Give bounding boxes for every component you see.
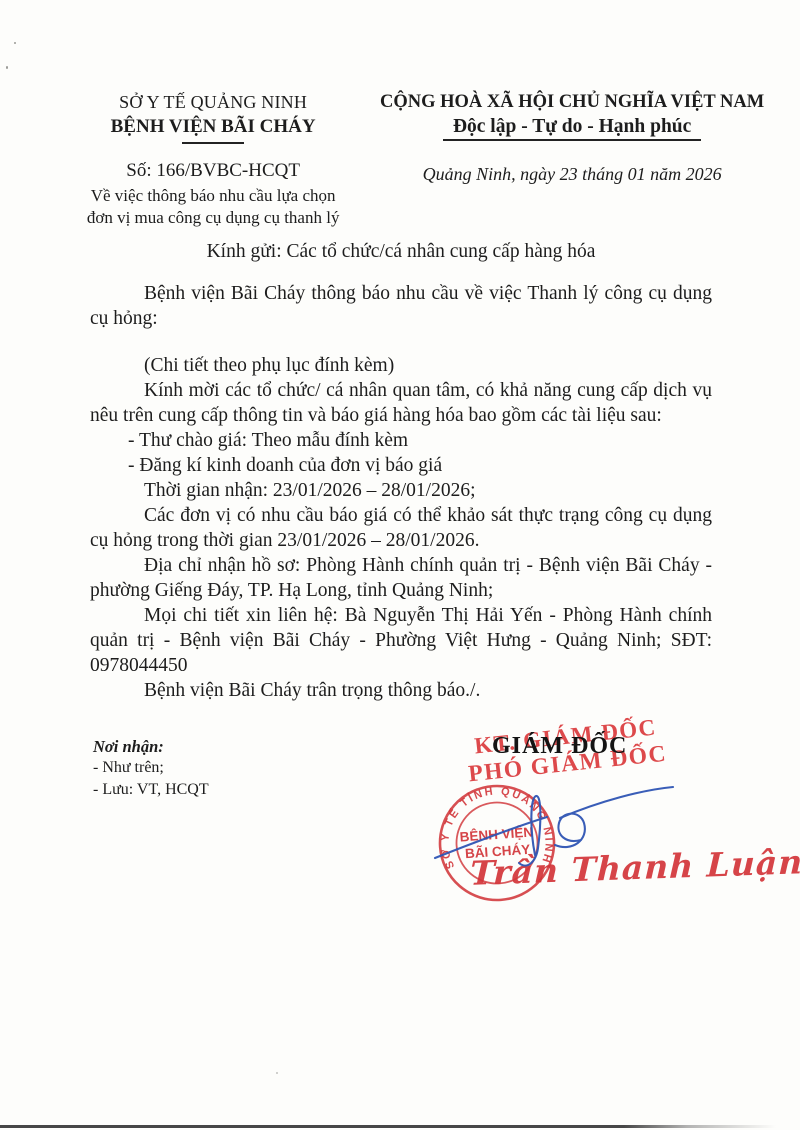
signature-loop-stroke [519,796,540,866]
subject-block: Về việc thông báo nhu cầu lựa chọn đơn v… [48,185,378,229]
paragraph: (Chi tiết theo phụ lục đính kèm) [90,353,712,378]
scan-speck [6,66,8,69]
signature-block: KT. GIÁM ĐỐC PHÓ GIÁM ĐỐC GIÁM ĐỐC SỞ Y … [370,710,720,930]
scanned-letter-page: SỞ Y TẾ QUẢNG NINH BỆNH VIỆN BÃI CHÁY CỘ… [0,0,800,1130]
handwritten-signature [400,770,710,890]
paragraph: Các đơn vị có nhu cầu báo giá có thể khả… [90,503,712,553]
recipients-block: Nơi nhận: - Như trên; - Lưu: VT, HCQT [93,737,209,800]
recipient-item: - Như trên; [93,757,209,779]
reference-left: Số: 166/BVBC-HCQT Về việc thông báo nhu … [48,160,378,229]
subject-line2: đơn vị mua công cụ dụng cụ thanh lý [48,207,378,229]
national-header-block: CỘNG HOÀ XÃ HỘI CHỦ NGHĨA VIỆT NAM Độc l… [378,92,766,144]
issuer-underline [182,142,244,144]
signature-cross-stroke [435,817,547,858]
letter-body: Kính gửi: Các tổ chức/cá nhân cung cấp h… [90,241,712,703]
paragraph: Thời gian nhận: 23/01/2026 – 28/01/2026; [90,478,712,503]
national-motto-line2: Độc lập - Tự do - Hạnh phúc [443,116,701,141]
recipients-title: Nơi nhận: [93,737,209,757]
salutation: Kính gửi: Các tổ chức/cá nhân cung cấp h… [90,241,712,263]
paragraph-list-item: - Thư chào giá: Theo mẫu đính kèm [128,428,712,453]
scan-edge-line [0,1125,800,1128]
paragraph: Bệnh viện Bãi Cháy thông báo nhu cầu về … [90,281,712,331]
document-number: Số: 166/BVBC-HCQT [48,160,378,182]
subject-line1: Về việc thông báo nhu cầu lựa chọn [48,185,378,207]
paragraph: Mọi chi tiết xin liên hệ: Bà Nguyễn Thị … [90,603,712,678]
scan-speck [14,42,16,44]
recipient-item: - Lưu: VT, HCQT [93,779,209,801]
printed-signer-title: GIÁM ĐỐC [492,733,627,760]
reference-row: Số: 166/BVBC-HCQT Về việc thông báo nhu … [48,160,766,229]
national-motto-line1: CỘNG HOÀ XÃ HỘI CHỦ NGHĨA VIỆT NAM [378,92,766,113]
paragraph: Kính mời các tổ chức/ cá nhân quan tâm, … [90,378,712,428]
scan-speck [276,1072,278,1074]
issuer-organization: BỆNH VIỆN BÃI CHÁY [48,116,378,138]
paragraph-list-item: - Đăng kí kinh doanh của đơn vị báo giá [128,453,712,478]
issuer-block: SỞ Y TẾ QUẢNG NINH BỆNH VIỆN BÃI CHÁY [48,92,378,144]
place-and-date: Quảng Ninh, ngày 23 tháng 01 năm 2026 [378,160,766,185]
paragraph: Bệnh viện Bãi Cháy trân trọng thông báo.… [90,678,712,703]
signature-tail-stroke [560,787,673,818]
issuer-department: SỞ Y TẾ QUẢNG NINH [48,92,378,113]
reference-right: Quảng Ninh, ngày 23 tháng 01 năm 2026 [378,160,766,229]
letter-header: SỞ Y TẾ QUẢNG NINH BỆNH VIỆN BÃI CHÁY CỘ… [48,92,766,144]
paragraph: Địa chỉ nhận hồ sơ: Phòng Hành chính quả… [90,553,712,603]
